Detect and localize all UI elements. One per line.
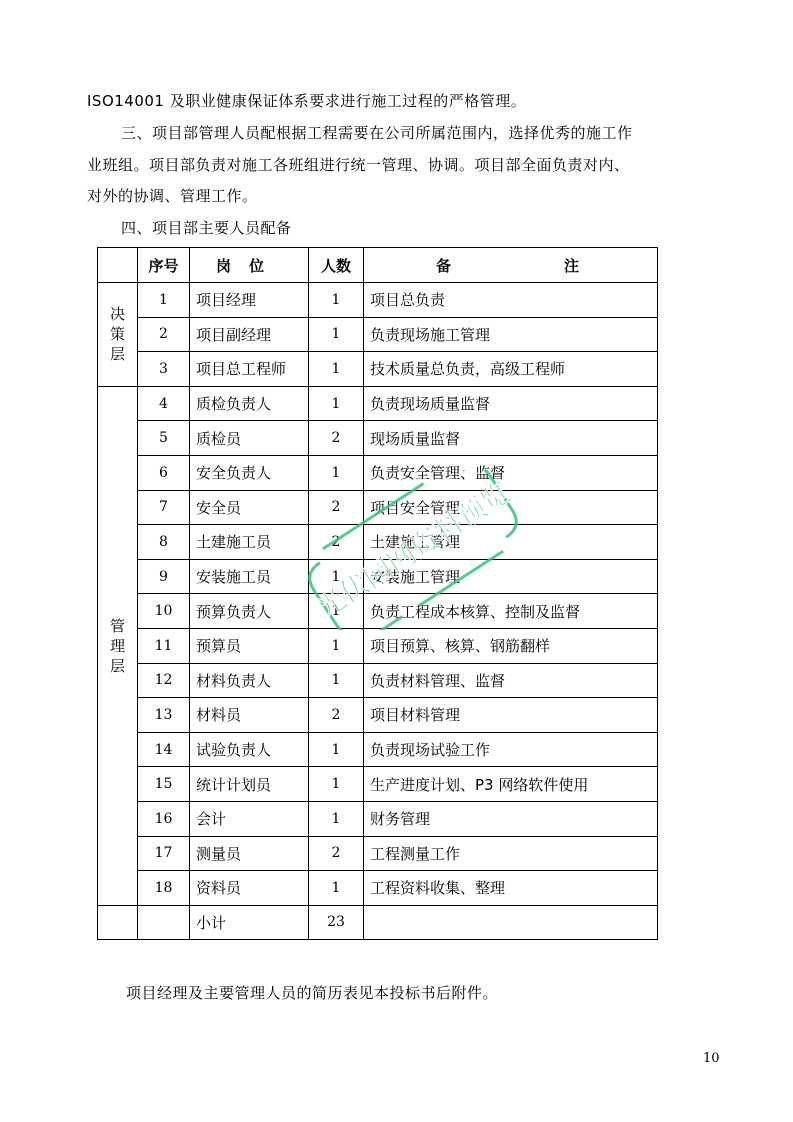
table-row: 3项目总工程师1技术质量总负责，高级工程师	[98, 352, 658, 387]
cell-count: 2	[309, 698, 364, 733]
subtotal-label: 小计	[190, 905, 309, 940]
cell-note: 负责现场试验工作	[364, 732, 658, 767]
table-header-row: 序号 岗位 人数 备 注	[98, 248, 658, 283]
cell-count: 1	[309, 317, 364, 352]
cell-no: 6	[138, 455, 190, 490]
header-no: 序号	[138, 248, 190, 283]
header-note-left: 备	[436, 255, 451, 276]
cell-note: 项目材料管理	[364, 698, 658, 733]
page-number: 10	[703, 1051, 720, 1066]
cell-count: 1	[309, 767, 364, 802]
header-note-right: 注	[564, 255, 579, 276]
table-row: 18资料员1工程资料收集、整理	[98, 871, 658, 906]
table-body: 决策层1项目经理1项目总负责2项目副经理1负责现场施工管理3项目总工程师1技术质…	[98, 283, 658, 940]
cell-note: 项目安全管理	[364, 490, 658, 525]
cell-note: 负责现场质量监督	[364, 386, 658, 421]
group-management-layer: 管理层	[98, 386, 138, 905]
table-row: 14试验负责人1负责现场试验工作	[98, 732, 658, 767]
table-row: 15统计计划员1生产进度计划、P3 网络软件使用	[98, 767, 658, 802]
cell-position: 材料负责人	[190, 663, 309, 698]
cell-position: 安全负责人	[190, 455, 309, 490]
cell-position: 会计	[190, 801, 309, 836]
cell-count: 1	[309, 352, 364, 387]
table-row: 决策层1项目经理1项目总负责	[98, 283, 658, 318]
cell-no: 17	[138, 836, 190, 871]
cell-position: 土建施工员	[190, 525, 309, 560]
cell-position: 项目副经理	[190, 317, 309, 352]
cell-count: 1	[309, 801, 364, 836]
cell-position: 安全员	[190, 490, 309, 525]
cell-count: 2	[309, 421, 364, 456]
subtotal-no	[138, 905, 190, 940]
cell-note: 工程测量工作	[364, 836, 658, 871]
cell-position: 试验负责人	[190, 732, 309, 767]
paragraph-section-3-line-1: 三、项目部管理人员配根据工程需要在公司所属范围内，选择优秀的施工作	[121, 123, 633, 143]
cell-position: 安装施工员	[190, 559, 309, 594]
cell-count: 1	[309, 559, 364, 594]
cell-position: 质检员	[190, 421, 309, 456]
subtotal-row: 小计23	[98, 905, 658, 940]
cell-note: 项目总负责	[364, 283, 658, 318]
header-group	[98, 248, 138, 283]
cell-count: 1	[309, 628, 364, 663]
cell-position: 统计计划员	[190, 767, 309, 802]
group-decision-layer: 决策层	[98, 283, 138, 387]
table-row: 11预算员1项目预算、核算、钢筋翻样	[98, 628, 658, 663]
cell-note: 负责安全管理、监督	[364, 455, 658, 490]
cell-count: 1	[309, 732, 364, 767]
cell-position: 预算负责人	[190, 594, 309, 629]
cell-no: 7	[138, 490, 190, 525]
cell-note: 现场质量监督	[364, 421, 658, 456]
header-note: 备 注	[364, 248, 658, 283]
subtotal-count: 23	[309, 905, 364, 940]
cell-count: 1	[309, 283, 364, 318]
cell-count: 2	[309, 525, 364, 560]
cell-no: 3	[138, 352, 190, 387]
cell-count: 1	[309, 386, 364, 421]
cell-count: 1	[309, 455, 364, 490]
cell-note: 工程资料收集、整理	[364, 871, 658, 906]
paragraph-iso: ISO14001 及职业健康保证体系要求进行施工过程的严格管理。	[87, 91, 526, 111]
header-count: 人数	[309, 248, 364, 283]
table-row: 6安全负责人1负责安全管理、监督	[98, 455, 658, 490]
cell-note: 负责工程成本核算、控制及监督	[364, 594, 658, 629]
cell-note: 项目预算、核算、钢筋翻样	[364, 628, 658, 663]
subtotal-note	[364, 905, 658, 940]
cell-position: 材料员	[190, 698, 309, 733]
cell-no: 9	[138, 559, 190, 594]
cell-no: 1	[138, 283, 190, 318]
cell-count: 1	[309, 871, 364, 906]
cell-note: 安装施工管理	[364, 559, 658, 594]
paragraph-section-3-line-3: 对外的协调、管理工作。	[87, 186, 258, 206]
cell-count: 1	[309, 663, 364, 698]
table-row: 2项目副经理1负责现场施工管理	[98, 317, 658, 352]
paragraph-section-3-line-2: 业班组。项目部负责对施工各班组进行统一管理、协调。项目部全面负责对内、	[87, 155, 630, 175]
table-row: 5质检员2现场质量监督	[98, 421, 658, 456]
cell-no: 4	[138, 386, 190, 421]
cell-note: 负责现场施工管理	[364, 317, 658, 352]
cell-note: 财务管理	[364, 801, 658, 836]
cell-position: 项目经理	[190, 283, 309, 318]
cell-count: 1	[309, 594, 364, 629]
cell-position: 测量员	[190, 836, 309, 871]
table-row: 10预算负责人1负责工程成本核算、控制及监督	[98, 594, 658, 629]
cell-no: 10	[138, 594, 190, 629]
header-position: 岗位	[190, 248, 309, 283]
table-row: 17测量员2工程测量工作	[98, 836, 658, 871]
cell-position: 质检负责人	[190, 386, 309, 421]
cell-no: 16	[138, 801, 190, 836]
paragraph-resume-note: 项目经理及主要管理人员的简历表见本投标书后附件。	[126, 983, 498, 1003]
cell-no: 5	[138, 421, 190, 456]
subtotal-group	[98, 905, 138, 940]
table-row: 9安装施工员1安装施工管理	[98, 559, 658, 594]
cell-position: 资料员	[190, 871, 309, 906]
cell-count: 2	[309, 836, 364, 871]
table-row: 7安全员2项目安全管理	[98, 490, 658, 525]
cell-no: 12	[138, 663, 190, 698]
table-row: 8土建施工员2土建施工管理	[98, 525, 658, 560]
cell-position: 项目总工程师	[190, 352, 309, 387]
cell-no: 13	[138, 698, 190, 733]
cell-no: 14	[138, 732, 190, 767]
cell-count: 2	[309, 490, 364, 525]
table-row: 16会计1财务管理	[98, 801, 658, 836]
table-row: 管理层4质检负责人1负责现场质量监督	[98, 386, 658, 421]
cell-note: 土建施工管理	[364, 525, 658, 560]
section-4-heading: 四、项目部主要人员配备	[121, 218, 292, 238]
cell-no: 15	[138, 767, 190, 802]
cell-note: 技术质量总负责，高级工程师	[364, 352, 658, 387]
cell-no: 8	[138, 525, 190, 560]
cell-no: 18	[138, 871, 190, 906]
cell-position: 预算员	[190, 628, 309, 663]
cell-note: 负责材料管理、监督	[364, 663, 658, 698]
cell-note: 生产进度计划、P3 网络软件使用	[364, 767, 658, 802]
table-row: 12材料负责人1负责材料管理、监督	[98, 663, 658, 698]
cell-no: 11	[138, 628, 190, 663]
cell-no: 2	[138, 317, 190, 352]
table-row: 13材料员2项目材料管理	[98, 698, 658, 733]
staff-table: 序号 岗位 人数 备 注 决策层1项目经理1项目总负责2项目副经理1负责现场施工…	[97, 247, 658, 940]
